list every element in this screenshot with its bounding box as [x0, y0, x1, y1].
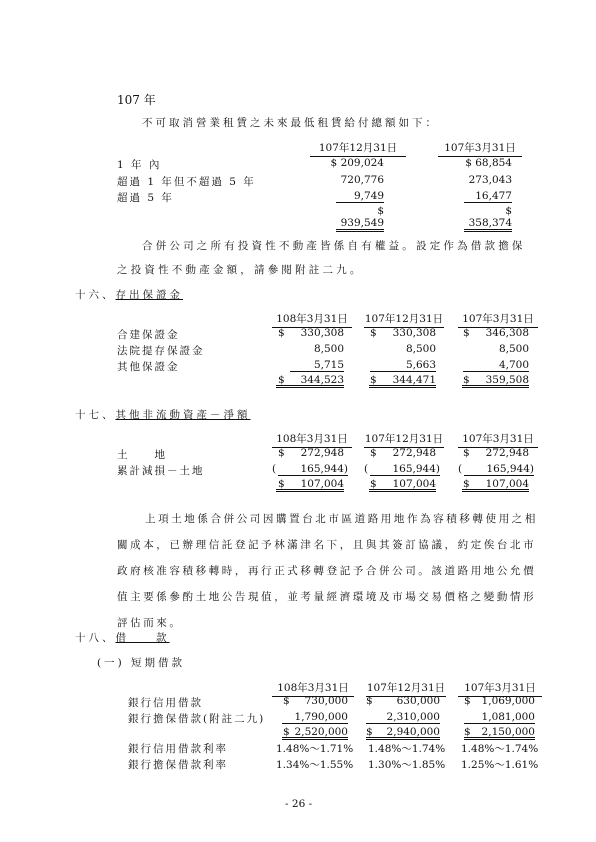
paren-open: ( — [364, 463, 368, 475]
total-underline — [369, 489, 436, 492]
col-header: 107年3月31日 — [458, 431, 538, 448]
section-title: 借 款 — [116, 632, 170, 644]
section-18-heading: 十八、借 款 — [75, 630, 170, 645]
rate-value: 1.25%～1.61% — [461, 757, 538, 772]
section-number: 十八、 — [75, 632, 116, 644]
row-label: 1 年 內 — [117, 157, 161, 172]
currency-symbol: $ — [463, 447, 470, 459]
total-underline — [464, 737, 535, 740]
section-number: 十六、 — [75, 289, 116, 301]
page-number: - 26 - — [285, 798, 312, 810]
cell-value: $ 68,854 — [450, 157, 512, 169]
currency-symbol: $ — [366, 695, 373, 707]
cell-value: 8,500 — [290, 343, 344, 355]
cell-value: 9,749 — [336, 190, 384, 203]
col-header: 107年3月31日 — [458, 311, 538, 328]
total-underline — [276, 489, 344, 492]
col-header-107-mar: 107年3月31日 — [438, 140, 522, 157]
cell-value: 8,500 — [475, 343, 529, 355]
total-value: $ 358,374 — [464, 205, 512, 232]
paren-open: ( — [458, 463, 462, 475]
section-number: 十七、 — [75, 409, 116, 421]
rate-label: 銀行信用借款利率 — [128, 741, 228, 756]
col-header-107-dec: 107年12月31日 — [310, 140, 406, 157]
section-title: 其他非流動資產－淨額 — [116, 409, 251, 421]
total-underline — [462, 489, 529, 492]
cell-value: 5,715 — [290, 359, 344, 372]
section-title: 存出保證金 — [116, 289, 184, 301]
section-17-heading: 十七、其他非流動資產－淨額 — [75, 407, 251, 422]
lease-intro-text: 不可取消營業租賃之未來最低租賃給付總額如下： — [142, 115, 439, 130]
note-line-2: 之投資性不動產金額，請參閱附註二九。 — [117, 262, 364, 277]
total-value: $ 939,549 — [336, 205, 384, 232]
row-label: 土 地 — [117, 447, 167, 462]
col-header: 108年3月31日 — [272, 431, 352, 448]
year-heading: 107 年 — [117, 91, 156, 108]
subsection-heading: (一) 短期借款 — [97, 655, 185, 670]
note-line-1: 合併公司之所有投資性不動產皆係自有權益。設定作為借款擔保 — [142, 238, 526, 253]
cell-value: 1,081,000 — [464, 711, 535, 724]
cell-value: 8,500 — [382, 343, 436, 355]
cell-value: 272,948 — [475, 447, 529, 459]
rate-value: 1.30%～1.85% — [368, 757, 445, 772]
cell-value: 165,944) — [278, 463, 348, 476]
currency-symbol: $ — [278, 327, 285, 339]
paren-open: ( — [272, 463, 276, 475]
rate-value: 1.34%～1.55% — [276, 757, 353, 772]
cell-value: 630,000 — [380, 695, 440, 707]
rate-value: 1.48%～1.74% — [368, 741, 445, 756]
cell-value: 346,308 — [475, 327, 529, 339]
currency-symbol: $ — [370, 447, 377, 459]
col-header: 107年12月31日 — [364, 311, 444, 328]
cell-value: 5,663 — [370, 359, 436, 372]
row-label: 超過 1 年但不超過 5 年 — [117, 174, 256, 189]
row-label: 累計減損－土地 — [117, 463, 205, 478]
cell-value: 4,700 — [463, 359, 529, 372]
row-label: 銀行擔保借款(附註二九) — [128, 711, 265, 726]
cell-value: 273,043 — [450, 174, 512, 186]
land-trust-paragraph: 上項土地係合併公司因購置台北市區道路用地作為容積移轉使用之相關成本，已辦理信託登… — [117, 506, 547, 636]
row-label: 其他保證金 — [117, 359, 180, 374]
rate-label: 銀行擔保借款利率 — [128, 757, 228, 772]
row-label: 超過 5 年 — [117, 190, 174, 205]
total-underline — [282, 737, 348, 740]
total-underline — [369, 385, 436, 388]
row-label: 法院提存保證金 — [117, 343, 205, 358]
rate-value: 1.48%～1.71% — [276, 741, 353, 756]
total-underline — [366, 737, 440, 740]
currency-symbol: $ — [463, 327, 470, 339]
cell-value: 165,944) — [464, 463, 534, 476]
cell-value: 272,948 — [290, 447, 344, 459]
currency-symbol: $ — [370, 327, 377, 339]
total-underline — [276, 385, 344, 388]
currency-symbol: $ — [283, 695, 290, 707]
cell-value: 165,944) — [370, 463, 440, 476]
cell-value: 2,310,000 — [366, 711, 440, 724]
cell-value: 16,477 — [464, 190, 512, 203]
section-16-heading: 十六、存出保證金 — [75, 287, 183, 302]
row-label: 銀行信用借款 — [128, 695, 203, 710]
total-underline — [462, 385, 529, 388]
col-header: 107年12月31日 — [364, 431, 444, 448]
cell-value: 272,948 — [382, 447, 436, 459]
rate-value: 1.48%～1.74% — [461, 741, 538, 756]
cell-value: 1,790,000 — [282, 711, 348, 724]
cell-value: $ 209,024 — [320, 157, 384, 169]
cell-value: 330,308 — [382, 327, 436, 339]
row-label: 合建保證金 — [117, 327, 180, 342]
cell-value: 730,000 — [290, 695, 348, 707]
cell-value: 720,776 — [320, 174, 384, 186]
currency-symbol: $ — [278, 447, 285, 459]
col-header: 108年3月31日 — [272, 311, 352, 328]
cell-value: 1,069,000 — [470, 695, 535, 707]
cell-value: 330,308 — [290, 327, 344, 339]
